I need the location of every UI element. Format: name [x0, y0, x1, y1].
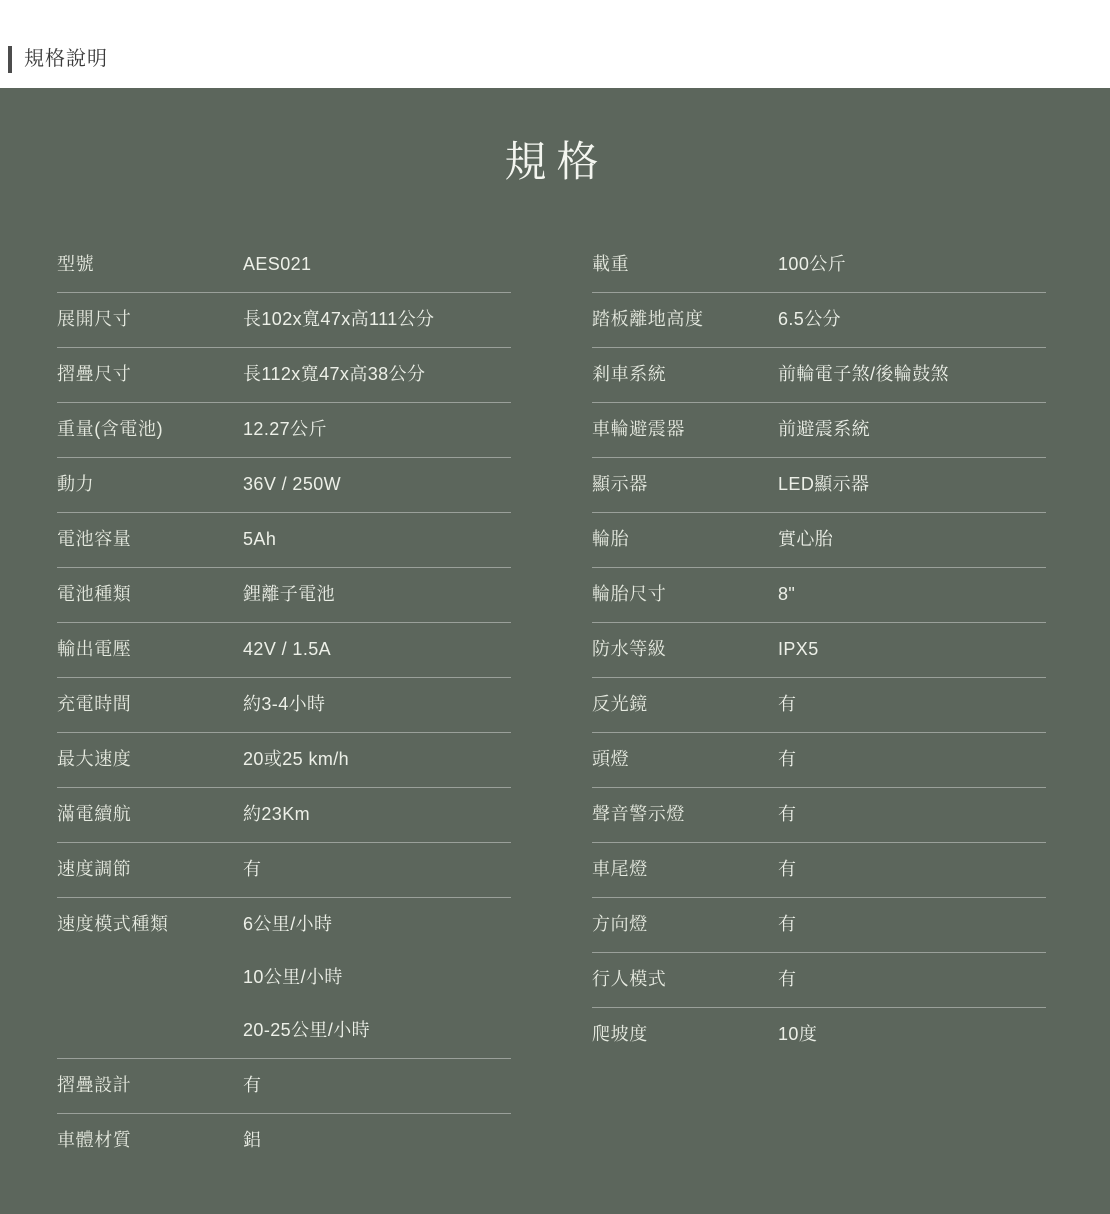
spec-label: 方向燈: [592, 911, 778, 938]
spec-value: 有: [778, 911, 796, 938]
spec-values: 6.5公分: [778, 306, 841, 333]
spec-row: 顯示器LED顯示器: [592, 458, 1046, 513]
spec-row: 摺疊尺寸長112x寬47x高38公分: [57, 348, 511, 403]
spec-values: IPX5: [778, 636, 819, 663]
spec-values: 實心胎: [778, 526, 833, 553]
spec-values: 有: [243, 1072, 261, 1099]
spec-values: 有: [243, 856, 261, 883]
spec-label: 載重: [592, 251, 778, 278]
spec-value: 有: [778, 966, 796, 993]
spec-value: 36V / 250W: [243, 471, 341, 498]
spec-value: 長112x寬47x高38公分: [243, 361, 425, 388]
spec-row: 載重100公斤: [592, 238, 1046, 293]
spec-values: 6公里/小時10公里/小時20-25公里/小時: [243, 911, 370, 1044]
spec-values: 前輪電子煞/後輪鼓煞: [778, 361, 949, 388]
spec-row: 型號AES021: [57, 238, 511, 293]
spec-row: 滿電續航約23Km: [57, 788, 511, 843]
spec-label: 速度調節: [57, 856, 243, 883]
spec-label: 剎車系統: [592, 361, 778, 388]
spec-values: 20或25 km/h: [243, 746, 349, 773]
spec-values: 100公斤: [778, 251, 846, 278]
spec-row: 防水等級IPX5: [592, 623, 1046, 678]
spec-value: 42V / 1.5A: [243, 636, 331, 663]
spec-label: 輸出電壓: [57, 636, 243, 663]
spec-row: 反光鏡有: [592, 678, 1046, 733]
spec-value: 6公里/小時: [243, 911, 370, 938]
spec-value: 有: [778, 856, 796, 883]
spec-row: 電池種類鋰離子電池: [57, 568, 511, 623]
accent-bar: [8, 46, 12, 73]
spec-value: AES021: [243, 251, 311, 278]
spec-label: 車尾燈: [592, 856, 778, 883]
spec-panel: 規格 型號AES021展開尺寸長102x寬47x高111公分摺疊尺寸長112x寬…: [0, 88, 1110, 1214]
spec-value: LED顯示器: [778, 471, 869, 498]
spec-label: 踏板離地高度: [592, 306, 778, 333]
spec-values: 有: [778, 856, 796, 883]
spec-values: 約3-4小時: [243, 691, 325, 718]
spec-row: 車尾燈有: [592, 843, 1046, 898]
spec-values: 12.27公斤: [243, 416, 327, 443]
spec-label: 動力: [57, 471, 243, 498]
spec-value: 有: [778, 801, 796, 828]
spec-value: 約3-4小時: [243, 691, 325, 718]
spec-label: 輪胎尺寸: [592, 581, 778, 608]
spec-row: 頭燈有: [592, 733, 1046, 788]
spec-row: 最大速度20或25 km/h: [57, 733, 511, 788]
spec-row: 聲音警示燈有: [592, 788, 1046, 843]
spec-row: 輪胎實心胎: [592, 513, 1046, 568]
spec-values: 長102x寬47x高111公分: [243, 306, 434, 333]
spec-label: 最大速度: [57, 746, 243, 773]
spec-label: 型號: [57, 251, 243, 278]
page: 規格說明 規格 型號AES021展開尺寸長102x寬47x高111公分摺疊尺寸長…: [0, 0, 1110, 1214]
spec-value: 鋰離子電池: [243, 581, 335, 608]
spec-value: 10度: [778, 1021, 817, 1048]
spec-row: 重量(含電池)12.27公斤: [57, 403, 511, 458]
spec-value: 有: [778, 746, 796, 773]
spec-row: 車體材質鋁: [57, 1114, 511, 1168]
spec-row: 電池容量5Ah: [57, 513, 511, 568]
spec-table-left: 型號AES021展開尺寸長102x寬47x高111公分摺疊尺寸長112x寬47x…: [57, 238, 511, 1168]
spec-values: 36V / 250W: [243, 471, 341, 498]
spec-label: 電池種類: [57, 581, 243, 608]
spec-row: 剎車系統前輪電子煞/後輪鼓煞: [592, 348, 1046, 403]
spec-row: 車輪避震器前避震系統: [592, 403, 1046, 458]
spec-values: 42V / 1.5A: [243, 636, 331, 663]
spec-value: 前輪電子煞/後輪鼓煞: [778, 361, 949, 388]
spec-label: 聲音警示燈: [592, 801, 778, 828]
spec-value: 有: [243, 1072, 261, 1099]
spec-label: 輪胎: [592, 526, 778, 553]
spec-row: 爬坡度10度: [592, 1008, 1046, 1062]
spec-label: 車輪避震器: [592, 416, 778, 443]
spec-label: 摺疊尺寸: [57, 361, 243, 388]
spec-row: 展開尺寸長102x寬47x高111公分: [57, 293, 511, 348]
spec-value: 長102x寬47x高111公分: [243, 306, 434, 333]
panel-title: 規格: [57, 136, 1046, 188]
spec-label: 防水等級: [592, 636, 778, 663]
spec-value: 有: [243, 856, 261, 883]
spec-label: 頭燈: [592, 746, 778, 773]
spec-values: AES021: [243, 251, 311, 278]
spec-label: 顯示器: [592, 471, 778, 498]
spec-value: 約23Km: [243, 801, 310, 828]
spec-value: 12.27公斤: [243, 416, 327, 443]
spec-row: 動力36V / 250W: [57, 458, 511, 513]
spec-values: 有: [778, 691, 796, 718]
spec-values: 長112x寬47x高38公分: [243, 361, 425, 388]
spec-label: 行人模式: [592, 966, 778, 993]
spec-row: 踏板離地高度6.5公分: [592, 293, 1046, 348]
spec-table-right: 載重100公斤踏板離地高度6.5公分剎車系統前輪電子煞/後輪鼓煞車輪避震器前避震…: [592, 238, 1046, 1062]
spec-row: 輸出電壓42V / 1.5A: [57, 623, 511, 678]
spec-row: 行人模式有: [592, 953, 1046, 1008]
spec-values: 有: [778, 966, 796, 993]
spec-label: 展開尺寸: [57, 306, 243, 333]
spec-tables: 型號AES021展開尺寸長102x寬47x高111公分摺疊尺寸長112x寬47x…: [57, 238, 1046, 1168]
spec-value: IPX5: [778, 636, 819, 663]
section-header: 規格說明: [0, 0, 1110, 88]
spec-label: 電池容量: [57, 526, 243, 553]
spec-value: 5Ah: [243, 526, 276, 553]
spec-label: 反光鏡: [592, 691, 778, 718]
spec-row: 速度調節有: [57, 843, 511, 898]
spec-values: 10度: [778, 1021, 817, 1048]
section-header-title: 規格說明: [24, 46, 108, 73]
spec-row: 輪胎尺寸8": [592, 568, 1046, 623]
spec-values: 約23Km: [243, 801, 310, 828]
spec-row: 摺疊設計有: [57, 1059, 511, 1114]
spec-value: 8": [778, 581, 795, 608]
spec-label: 重量(含電池): [57, 416, 243, 443]
spec-label: 滿電續航: [57, 801, 243, 828]
spec-row: 方向燈有: [592, 898, 1046, 953]
spec-value: 鋁: [243, 1127, 261, 1154]
spec-values: 有: [778, 911, 796, 938]
spec-value: 實心胎: [778, 526, 833, 553]
spec-label: 摺疊設計: [57, 1072, 243, 1099]
spec-values: 前避震系統: [778, 416, 870, 443]
spec-values: 有: [778, 801, 796, 828]
spec-label: 車體材質: [57, 1127, 243, 1154]
spec-values: 鋁: [243, 1127, 261, 1154]
spec-value: 有: [778, 691, 796, 718]
spec-values: 有: [778, 746, 796, 773]
spec-value: 前避震系統: [778, 416, 870, 443]
spec-values: 5Ah: [243, 526, 276, 553]
spec-values: 8": [778, 581, 795, 608]
spec-label: 爬坡度: [592, 1021, 778, 1048]
spec-values: LED顯示器: [778, 471, 869, 498]
spec-value: 20-25公里/小時: [243, 1017, 370, 1044]
spec-label: 充電時間: [57, 691, 243, 718]
spec-label: 速度模式種類: [57, 911, 243, 938]
spec-value: 6.5公分: [778, 306, 841, 333]
spec-value: 20或25 km/h: [243, 746, 349, 773]
spec-value: 10公里/小時: [243, 964, 370, 991]
spec-row: 充電時間約3-4小時: [57, 678, 511, 733]
spec-row: 速度模式種類6公里/小時10公里/小時20-25公里/小時: [57, 898, 511, 1059]
spec-values: 鋰離子電池: [243, 581, 335, 608]
spec-value: 100公斤: [778, 251, 846, 278]
